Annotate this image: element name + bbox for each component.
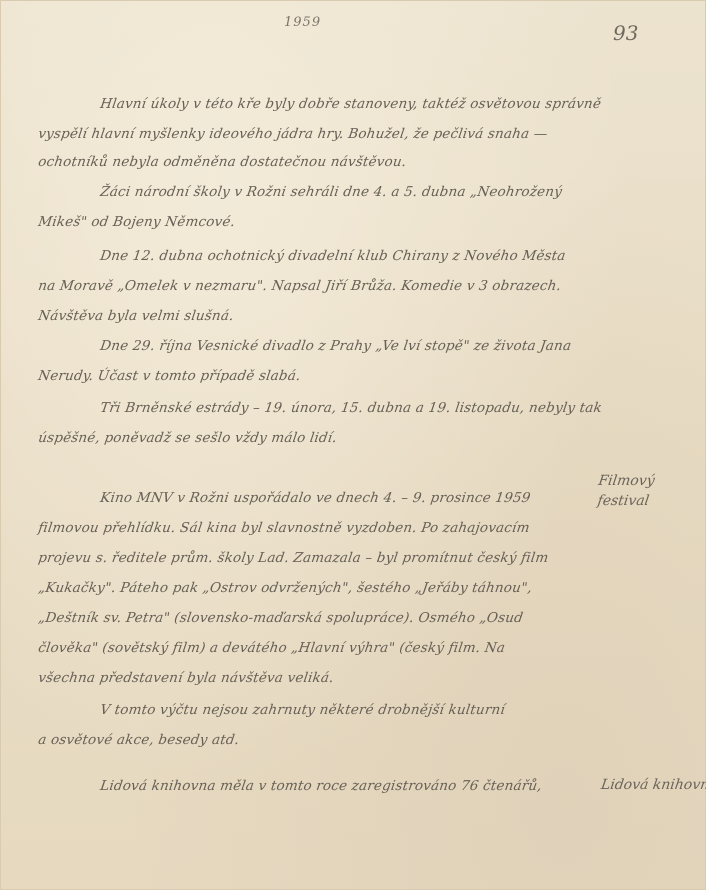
text-line: V tomto výčtu nejsou zahrnuty některé dr… [99,701,506,719]
text-line: Hlavní úkoly v této kře byly dobře stano… [99,95,602,113]
text-line: ochotníků nebyla odměněna dostatečnou ná… [37,153,408,171]
text-line: Dne 29. října Vesnické divadlo z Prahy „… [99,337,573,355]
text-line: všechna představení byla návštěva veliká… [37,669,335,687]
text-line: Lidová knihovna měla v tomto roce zaregi… [99,777,543,795]
text-line: Žáci národní školy v Rožni sehráli dne 4… [99,183,563,201]
margin-heading-line: Filmový [597,471,656,491]
text-line: Tři Brněnské estrády – 19. února, 15. du… [99,399,603,417]
page-number: 93 [613,21,638,45]
text-line: a osvětové akce, besedy atd. [37,731,240,749]
text-line: člověka" (sovětský film) a devátého „Hla… [37,639,506,657]
margin-heading-line: Lidová knihovna [600,775,706,795]
text-line: Kino MNV v Rožni uspořádalo ve dnech 4. … [99,489,532,507]
text-line: Dne 12. dubna ochotnický divadelní klub … [99,247,567,265]
text-line: „Kukačky". Páteho pak „Ostrov odvržených… [37,579,533,597]
text-line: na Moravě „Omelek v nezmaru". Napsal Jiř… [37,277,562,295]
text-line: vyspělí hlavní myšlenky ideového jádra h… [37,125,549,143]
text-line: úspěšné, poněvadž se sešlo vždy málo lid… [37,429,338,447]
text-line: filmovou přehlídku. Sál kina byl slavnos… [37,519,531,537]
chronicle-page: 1959 93 Hlavní úkoly v této kře byly dob… [0,0,706,890]
text-line: Návštěva byla velmi slušná. [37,307,235,325]
page-year: 1959 [284,15,321,30]
text-line: Mikeš" od Bojeny Němcové. [37,213,236,231]
margin-heading-line: festival [596,491,653,511]
text-line: projevu s. ředitele prům. školy Lad. Zam… [37,549,550,567]
text-line: „Deštník sv. Petra" (slovensko-maďarská … [37,609,524,627]
margin-heading-film-festival: Filmový festival [594,471,656,511]
margin-heading-library: Lidová knihovna [600,775,706,795]
text-line: Nerudy. Účast v tomto případě slabá. [37,367,302,385]
